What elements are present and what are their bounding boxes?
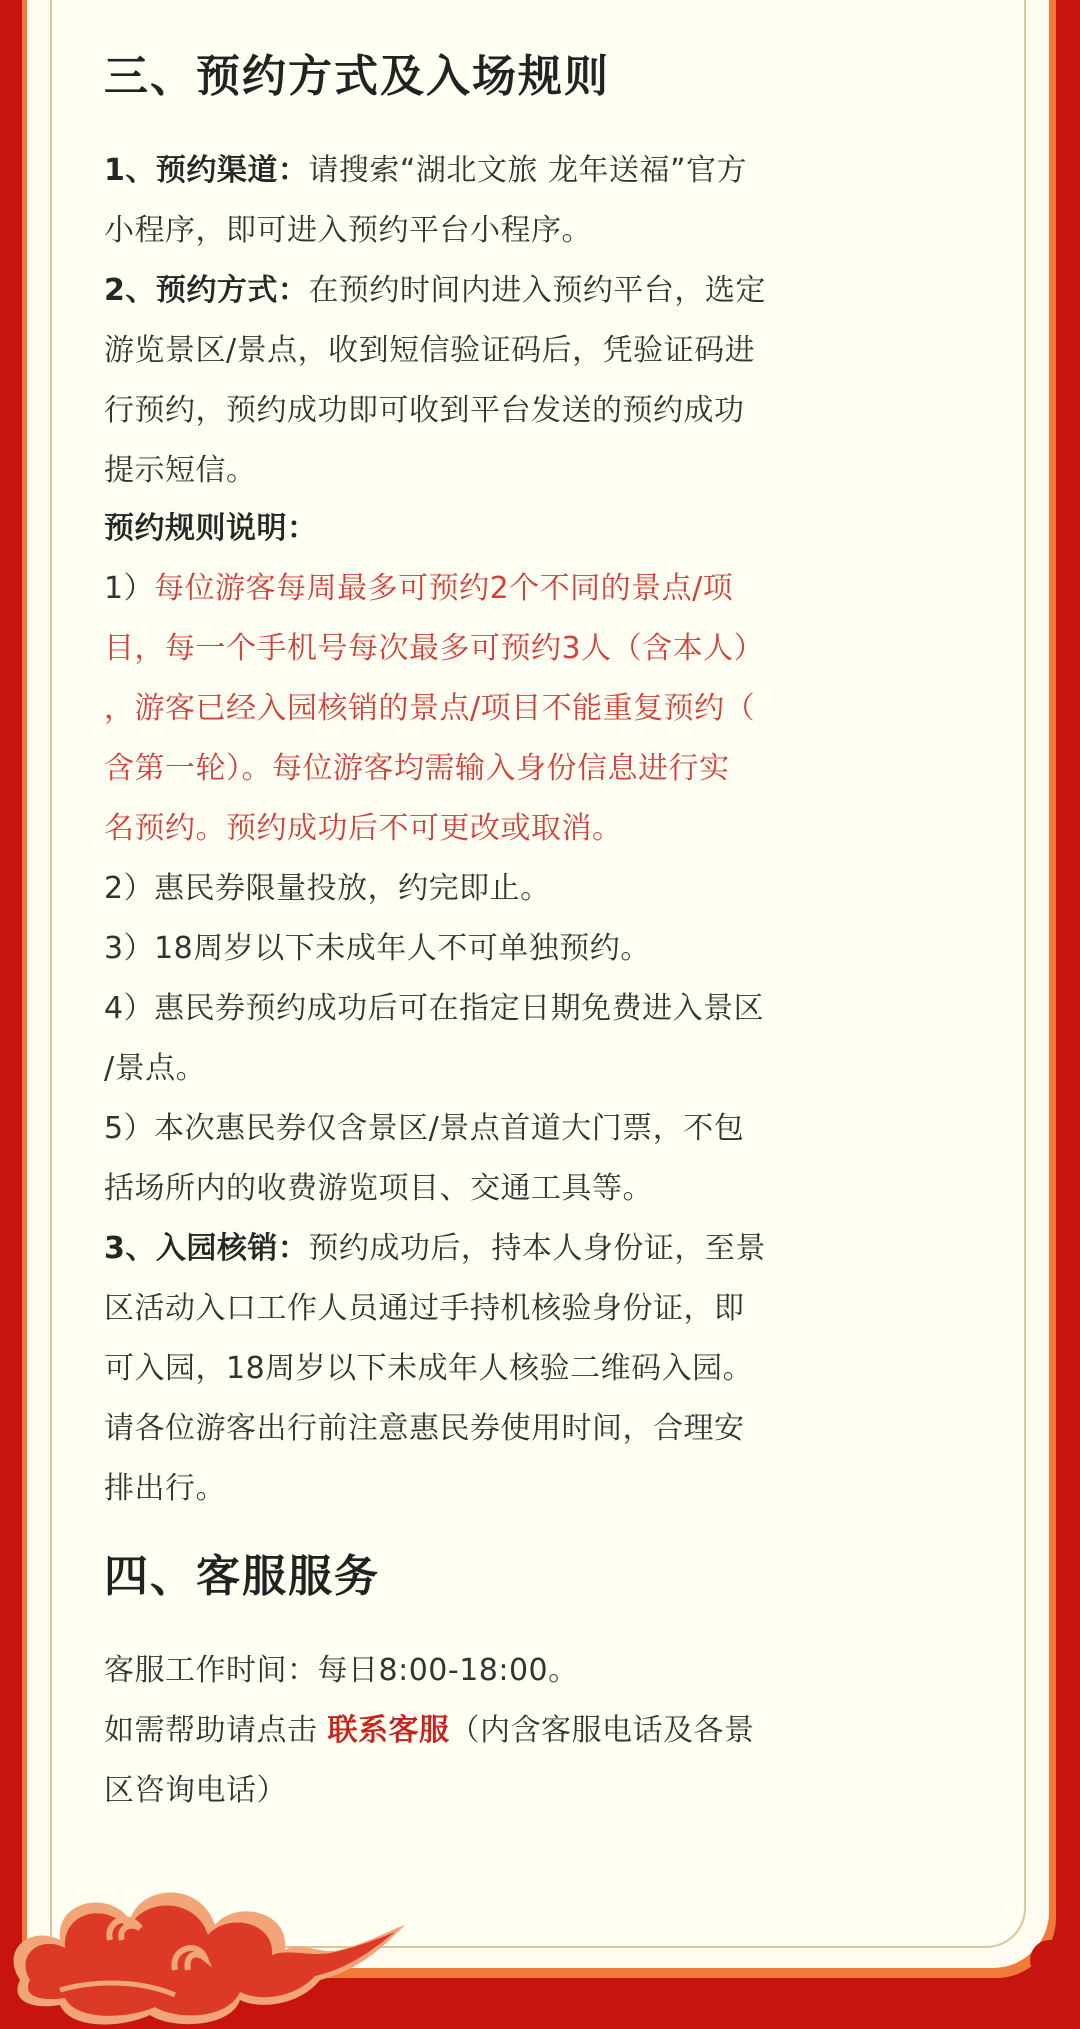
rule-5-line-1: 5）本次惠民券仅含景区/景点首道大门票，不包 [104, 1103, 744, 1147]
service-hours: 客服工作时间：每日8:00-18:00。 [104, 1645, 579, 1689]
help-line-1: 如需帮助请点击 联系客服（内含客服电话及各景 [104, 1705, 755, 1749]
item-2-line-4: 提示短信。 [104, 445, 257, 489]
contact-service-link[interactable]: 联系客服 [328, 1713, 450, 1748]
section-3-title: 三、预约方式及入场规则 [104, 40, 610, 104]
rule-4-line-1: 4）惠民券预约成功后可在指定日期免费进入景区 [104, 983, 764, 1027]
auspicious-cloud-icon [0, 1830, 420, 2029]
item-1-line-1: 1、预约渠道：请搜索“湖北文旅 龙年送福”官方 [104, 145, 747, 189]
corner-notch [1030, 1940, 1070, 1980]
section-4-title: 四、客服服务 [104, 1540, 380, 1604]
rule-1-line-5: 名预约。预约成功后不可更改或取消。 [104, 803, 623, 847]
rule-4-line-2: /景点。 [104, 1043, 206, 1087]
item-2-line-2: 游览景区/景点，收到短信验证码后，凭验证码进 [104, 325, 755, 369]
rule-1-line-4: 含第一轮）。每位游客均需输入身份信息进行实 [104, 743, 730, 787]
item-3-label: 3、入园核销： [104, 1231, 308, 1266]
rule-3: 3）18周岁以下未成年人不可单独预约。 [104, 923, 651, 967]
item-2-line-1: 2、预约方式：在预约时间内进入预约平台，选定 [104, 265, 766, 309]
rule-1-line-2: 目，每一个手机号每次最多可预约3人（含本人） [104, 623, 764, 667]
help-line-2: 区咨询电话） [104, 1765, 287, 1809]
item-3-line-3: 可入园，18周岁以下未成年人核验二维码入园。 [104, 1343, 753, 1387]
item-3-line-5: 排出行。 [104, 1463, 226, 1507]
item-3-line-4: 请各位游客出行前注意惠民券使用时间，合理安 [104, 1403, 745, 1447]
item-3-line-2: 区活动入口工作人员通过手持机核验身份证，即 [104, 1283, 745, 1327]
item-1-line-2: 小程序，即可进入预约平台小程序。 [104, 205, 592, 249]
rule-1-line-1: 1）每位游客每周最多可预约2个不同的景点/项 [104, 563, 733, 607]
rule-1-line-3: ，游客已经入园核销的景点/项目不能重复预约（ [104, 683, 755, 727]
item-2-line-3: 行预约，预约成功即可收到平台发送的预约成功 [104, 385, 745, 429]
rule-2: 2）惠民券限量投放，约完即止。 [104, 863, 551, 907]
item-3-line-1: 3、入园核销：预约成功后，持本人身份证，至景 [104, 1223, 766, 1267]
item-2-label: 2、预约方式： [104, 273, 308, 308]
rule-5-line-2: 括场所内的收费游览项目、交通工具等。 [104, 1163, 653, 1207]
item-1-label: 1、预约渠道： [104, 153, 308, 188]
rules-heading: 预约规则说明： [104, 503, 318, 547]
